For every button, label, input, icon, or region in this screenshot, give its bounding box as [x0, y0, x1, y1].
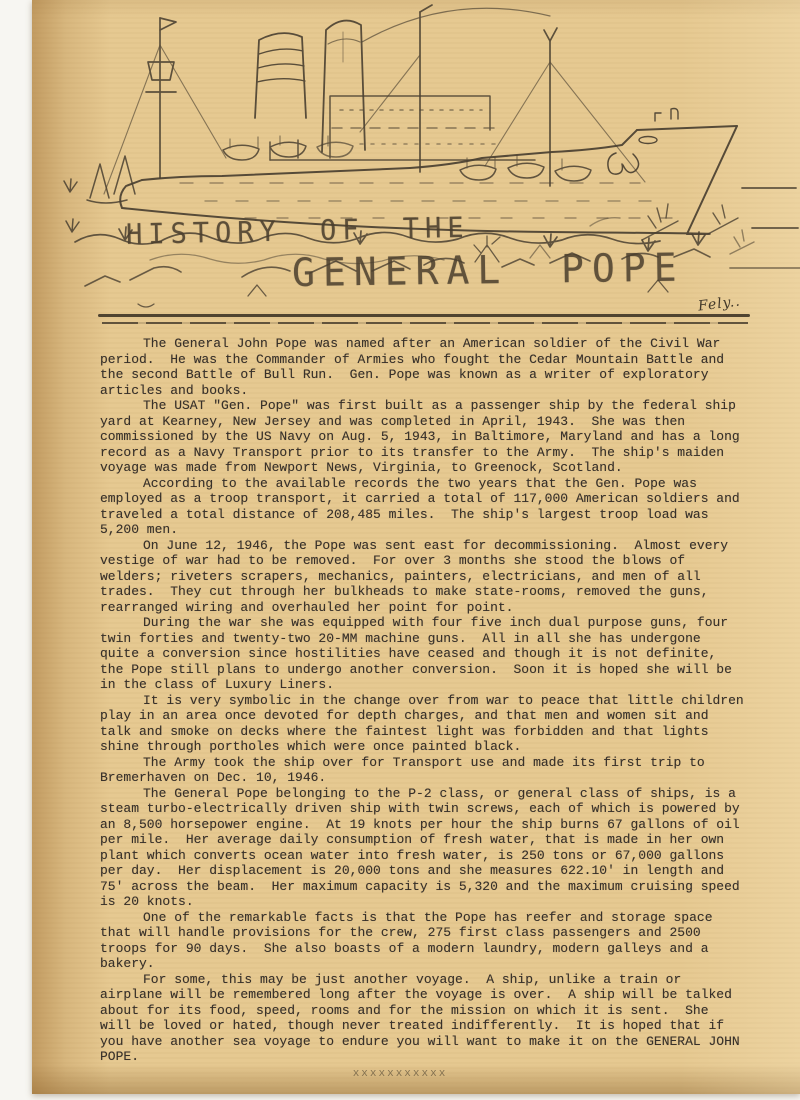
paragraph: The USAT "Gen. Pope" was first built as …: [100, 398, 744, 476]
paragraph: The General Pope belonging to the P-2 cl…: [100, 786, 744, 910]
paragraph: The Army took the ship over for Transpor…: [100, 755, 744, 786]
title-divider-rule-top: [98, 314, 750, 317]
paragraph: One of the remarkable facts is that the …: [100, 910, 744, 972]
title-divider-rule-bottom: [102, 322, 748, 324]
typed-footer-mark: xxxxxxxxxxx: [353, 1068, 448, 1080]
document-body: The General John Pope was named after an…: [100, 336, 744, 1065]
scanned-document-page: { "document": { "title_line1": "HISTORY …: [0, 0, 800, 1100]
paragraph: It is very symbolic in the change over f…: [100, 693, 744, 755]
paragraph: According to the available records the t…: [100, 476, 744, 538]
paragraph: For some, this may be just another voyag…: [100, 972, 744, 1065]
paragraph: On June 12, 1946, the Pope was sent east…: [100, 538, 744, 616]
page-title-line2: GENERAL POPE: [292, 245, 685, 295]
paragraph: During the war she was equipped with fou…: [100, 615, 744, 693]
paragraph: The General John Pope was named after an…: [100, 336, 744, 398]
